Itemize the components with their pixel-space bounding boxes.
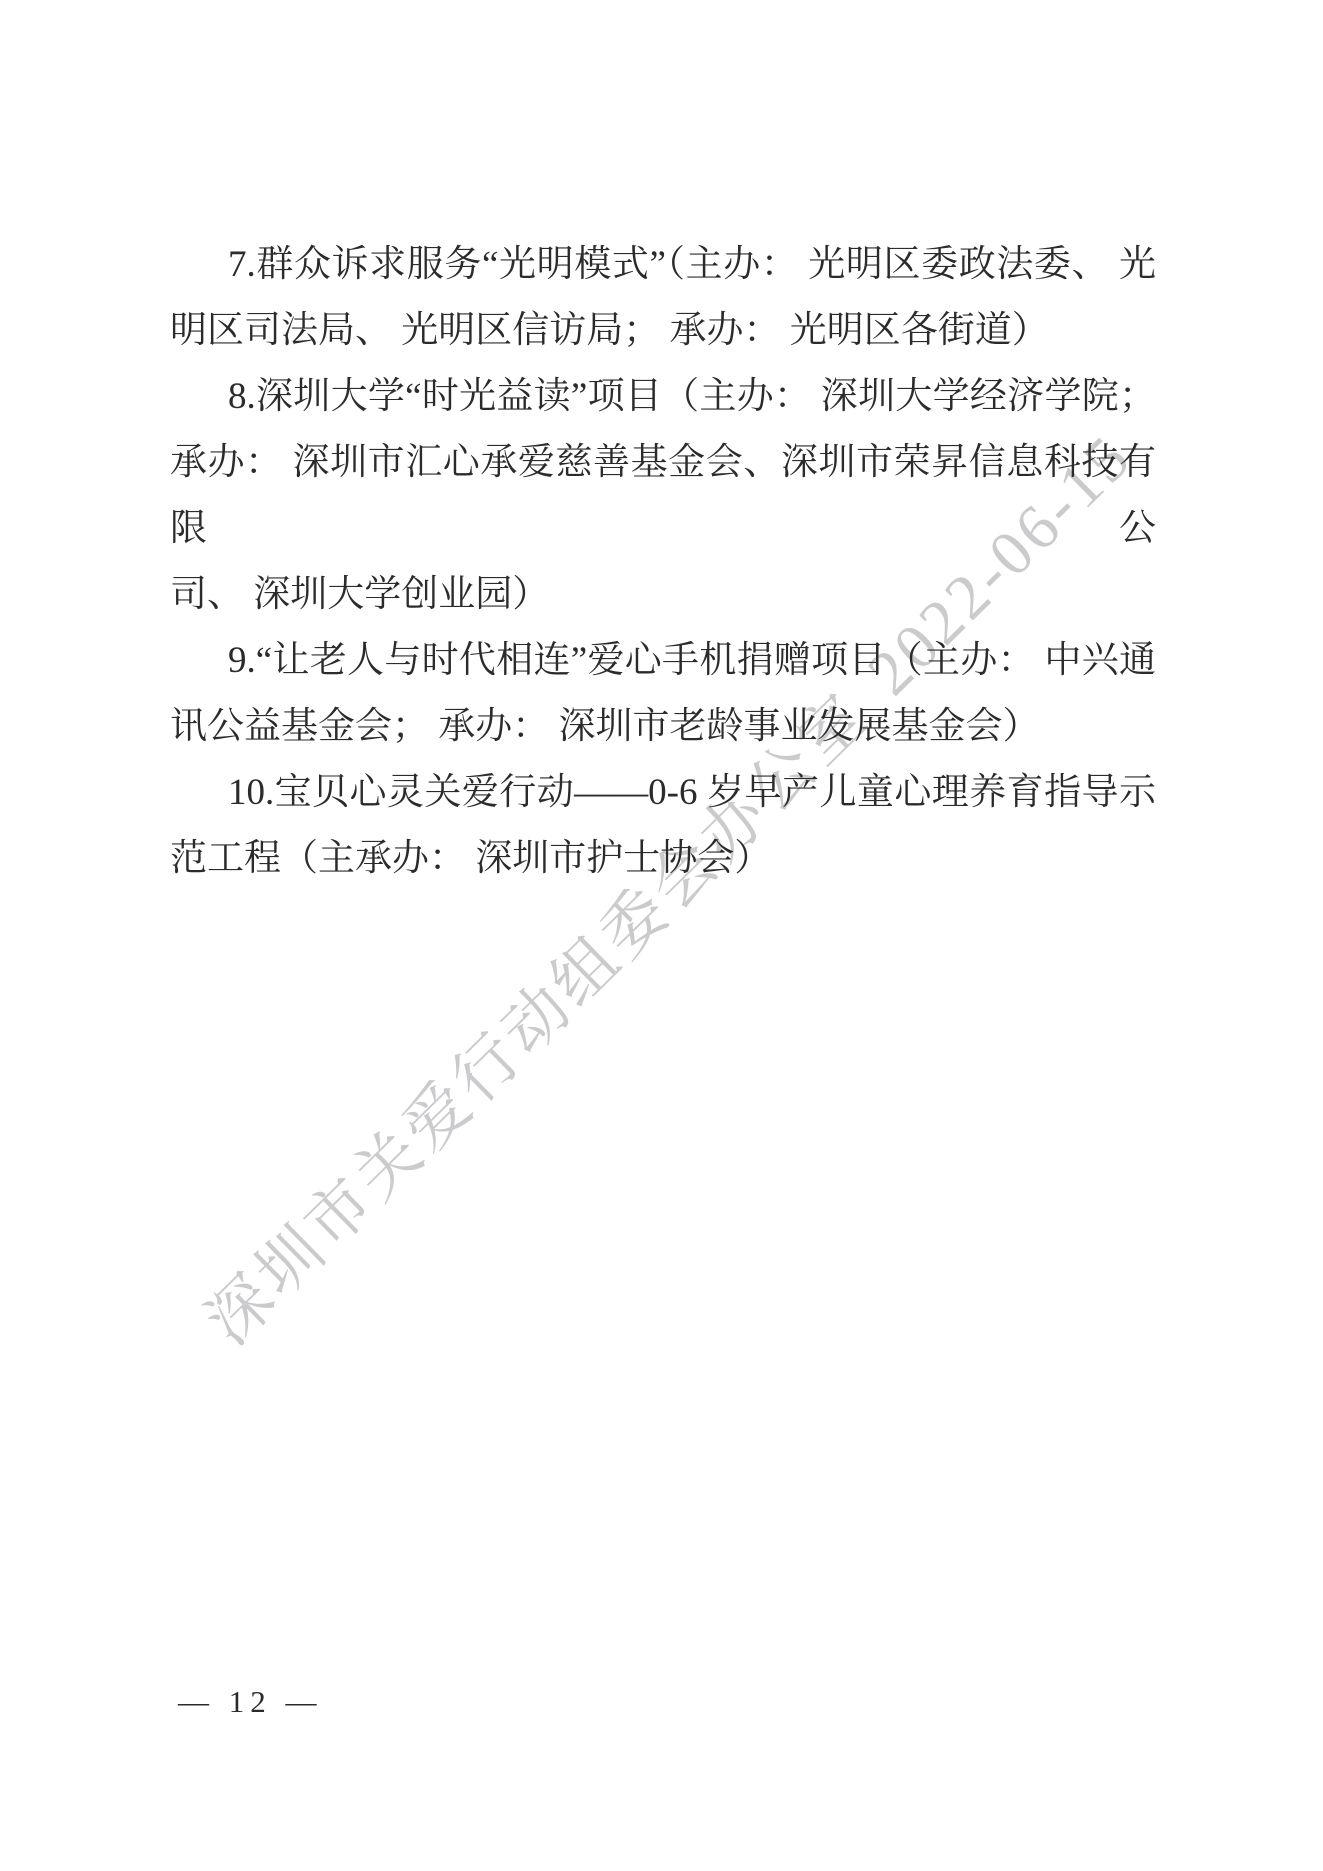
text-line-item8-2: 承办： 深圳市汇心承爱慈善基金会、深圳市荣昇信息科技有限公 (170, 430, 1156, 562)
document-text-block: 7.群众诉求服务“光明模式”（主办： 光明区委政法委、 光 明区司法局、 光明区… (170, 232, 1156, 892)
text-line-item9-1: 9.“让老人与时代相连”爱心手机捐赠项目（主办： 中兴通 (170, 628, 1156, 694)
text-line-item10-1: 10.宝贝心灵关爱行动——0-6 岁早产儿童心理养育指导示 (170, 760, 1156, 826)
text-line-item8-3: 司、 深圳大学创业园） (170, 562, 1156, 628)
text-line-item9-2: 讯公益基金会； 承办： 深圳市老龄事业发展基金会） (170, 694, 1156, 760)
text-line-item7-1: 7.群众诉求服务“光明模式”（主办： 光明区委政法委、 光 (170, 232, 1156, 298)
page-number: — 12 — (178, 1682, 323, 1722)
text-line-item7-2: 明区司法局、 光明区信访局； 承办： 光明区各街道） (170, 298, 1156, 364)
text-line-item8-1: 8.深圳大学“时光益读”项目（主办： 深圳大学经济学院； (170, 364, 1156, 430)
text-line-item10-2: 范工程（主承办： 深圳市护士协会） (170, 826, 1156, 892)
document-page: 深圳市关爱行动组委会办公室2022-06-15 7.群众诉求服务“光明模式”（主… (0, 0, 1323, 1871)
